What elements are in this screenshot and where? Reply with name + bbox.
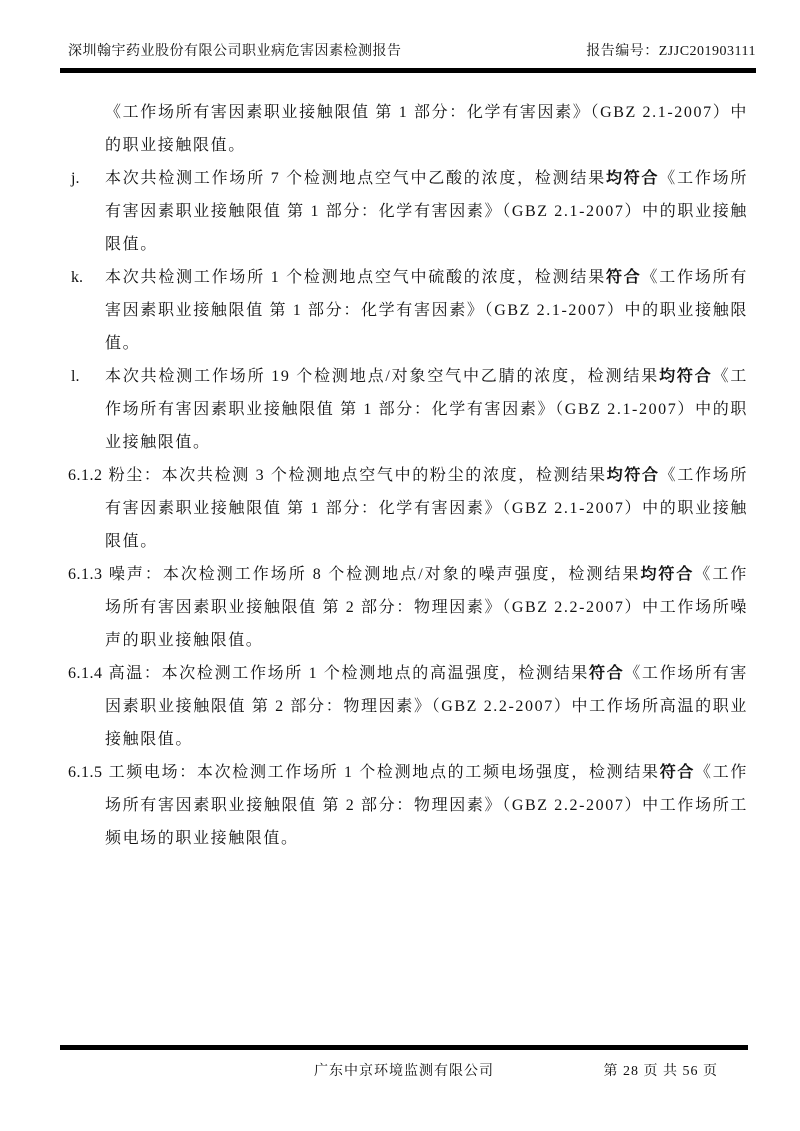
document-body: 《工作场所有害因素职业接触限值 第 1 部分：化学有害因素》（GBZ 2.1-2… [60, 96, 748, 855]
section-list: 6.1.2粉尘：本次共检测 3 个检测地点空气中的粉尘的浓度，检测结果均符合《工… [68, 459, 748, 855]
text-segment: 粉尘：本次共检测 3 个检测地点空气中的粉尘的浓度，检测结果 [109, 467, 607, 484]
list-item-marker: l. [68, 360, 105, 459]
text-segment: 工频电场：本次检测工作场所 1 个检测地点的工频电场强度，检测结果 [109, 764, 660, 781]
list-item: l.本次共检测工作场所 19 个检测地点/对象空气中乙腈的浓度，检测结果均符合《… [68, 360, 748, 459]
list-item: j.本次共检测工作场所 7 个检测地点空气中乙酸的浓度，检测结果均符合《工作场所… [68, 162, 748, 261]
emphasis-text: 符合 [606, 269, 642, 286]
document-page: 深圳翰宇药业股份有限公司职业病危害因素检测报告 报告编号：ZJJC2019031… [0, 0, 800, 1131]
page-footer: 广东中京环境监测有限公司 第 28 页 共 56 页 [60, 1045, 748, 1080]
text-segment: 高温：本次检测工作场所 1 个检测地点的高温强度，检测结果 [109, 665, 590, 682]
header-title: 深圳翰宇药业股份有限公司职业病危害因素检测报告 [68, 40, 402, 60]
paragraph-continuation: 《工作场所有害因素职业接触限值 第 1 部分：化学有害因素》（GBZ 2.1-2… [68, 96, 748, 162]
emphasis-text: 均符合 [640, 566, 694, 583]
section-paragraph: 6.1.5工频电场：本次检测工作场所 1 个检测地点的工频电场强度，检测结果符合… [68, 756, 748, 855]
section-number: 6.1.2 [68, 467, 103, 484]
list-item-text: 本次共检测工作场所 7 个检测地点空气中乙酸的浓度，检测结果均符合《工作场所有害… [105, 162, 748, 261]
list-item-text: 本次共检测工作场所 19 个检测地点/对象空气中乙腈的浓度，检测结果均符合《工作… [105, 360, 748, 459]
list-item-marker: k. [68, 261, 105, 360]
section-number: 6.1.3 [68, 566, 103, 583]
section-paragraph: 6.1.3噪声：本次检测工作场所 8 个检测地点/对象的噪声强度，检测结果均符合… [68, 558, 748, 657]
footer-page-number: 第 28 页 共 56 页 [604, 1060, 719, 1080]
text-segment: 本次共检测工作场所 7 个检测地点空气中乙酸的浓度，检测结果 [105, 170, 606, 187]
text-segment: 本次共检测工作场所 19 个检测地点/对象空气中乙腈的浓度，检测结果 [105, 368, 659, 385]
list-item-marker: j. [68, 162, 105, 261]
emphasis-text: 均符合 [607, 467, 660, 484]
section-paragraph: 6.1.2粉尘：本次共检测 3 个检测地点空气中的粉尘的浓度，检测结果均符合《工… [68, 459, 748, 558]
emphasis-text: 符合 [660, 764, 695, 781]
list-item-text: 本次共检测工作场所 1 个检测地点空气中硫酸的浓度，检测结果符合《工作场所有害因… [105, 261, 748, 360]
emphasis-text: 符合 [589, 665, 624, 682]
section-number: 6.1.5 [68, 764, 103, 781]
page-header: 深圳翰宇药业股份有限公司职业病危害因素检测报告 报告编号：ZJJC2019031… [60, 40, 756, 73]
emphasis-text: 均符合 [606, 170, 659, 187]
section-paragraph: 6.1.4高温：本次检测工作场所 1 个检测地点的高温强度，检测结果符合《工作场… [68, 657, 748, 756]
text-segment: 本次共检测工作场所 1 个检测地点空气中硫酸的浓度，检测结果 [105, 269, 606, 286]
header-report-number: 报告编号：ZJJC201903111 [586, 40, 756, 60]
lettered-list: j.本次共检测工作场所 7 个检测地点空气中乙酸的浓度，检测结果均符合《工作场所… [68, 162, 748, 459]
emphasis-text: 均符合 [659, 368, 712, 385]
list-item: k.本次共检测工作场所 1 个检测地点空气中硫酸的浓度，检测结果符合《工作场所有… [68, 261, 748, 360]
text-segment: 噪声：本次检测工作场所 8 个检测地点/对象的噪声强度，检测结果 [109, 566, 641, 583]
section-number: 6.1.4 [68, 665, 103, 682]
text-segment: 《工作场所有害因素职业接触限值 第 1 部分：化学有害因素》（GBZ 2.1-2… [105, 104, 748, 154]
